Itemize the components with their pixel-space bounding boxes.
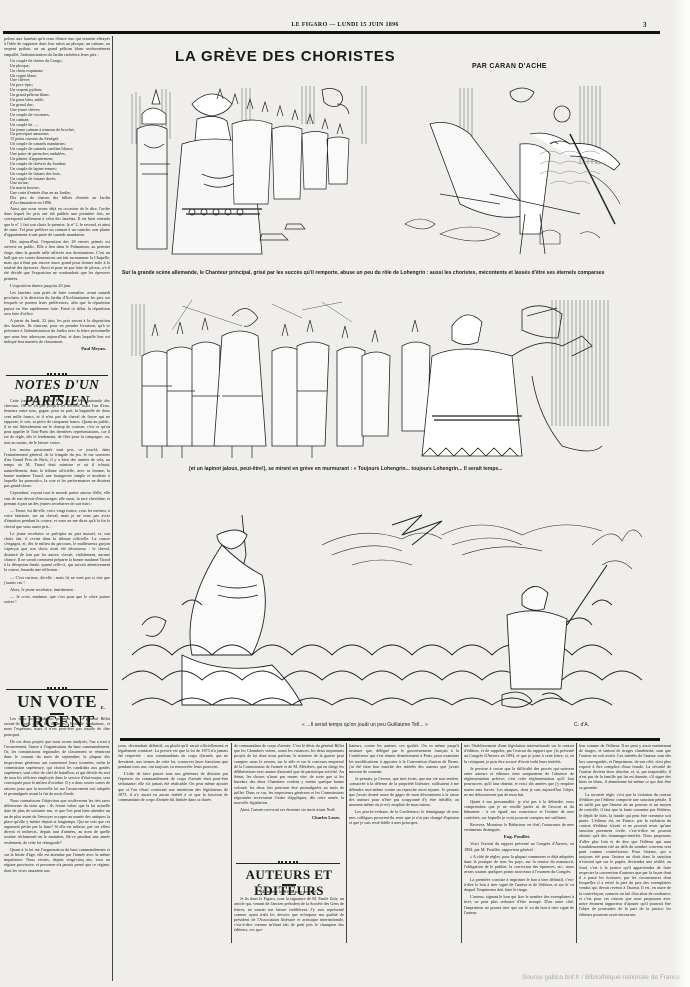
signature: Charles Leser. — [234, 815, 340, 820]
notes-article: Cette journée du Grand Prix est la fête … — [4, 398, 110, 608]
paragraph: Cette journée du Grand Prix est la fête … — [4, 398, 110, 445]
cartoon-title: LA GRÈVE DES CHORISTES — [175, 48, 395, 65]
paragraph: de commandant de corps d'armée. C'est le… — [234, 743, 344, 805]
source-credit: Source gallica.bnf.fr / Bibliothèque nat… — [522, 974, 680, 981]
cartoon-panel-choristers — [122, 84, 377, 264]
paragraph: Quant à la loi sur l'organisation du hau… — [4, 847, 110, 873]
paragraph: Ainsi que nous avons déjà eu occasion de… — [4, 206, 110, 237]
paragraph: L'exposition durera jusqu'au 20 juin. — [4, 283, 110, 288]
cartoon-panel-guillaume-tell — [122, 505, 642, 720]
intro-paragraph: pelons aux lauréats qu'à ceux d'entre eu… — [4, 36, 110, 57]
paragraph: L'idée de faire passer tous nos généraux… — [118, 771, 228, 802]
caption-2: (et un lapinot jaloux, peut-être!), se m… — [189, 466, 503, 472]
paragraph: La seconde règle, c'est que la violation… — [579, 792, 671, 917]
paragraph: — C'est curieux, dit-elle ; mais ils ne … — [4, 575, 110, 585]
title-dash — [282, 884, 296, 886]
paragraph: — Je crois, madame, que c'est pour que l… — [4, 594, 110, 604]
paragraph: — Tenez, lui dit-elle, voici vingt franc… — [4, 508, 110, 529]
paragraph: De ces deux projets que nous avons analy… — [4, 739, 110, 796]
paragraph: Les moins passionnés sont pris, ce jour-… — [4, 447, 110, 489]
column-divider — [576, 743, 577, 943]
paragraph: Recevez, Monsieur le Rédacteur en chef, … — [464, 822, 574, 832]
paragraph: Les procès-verbaux de la Conférence, le … — [349, 809, 459, 825]
paragraph: Alors, le jeune secrétaire, timidement : — [4, 587, 110, 592]
paragraph: A partir du lundi, 22 juin, les prix ser… — [4, 318, 110, 344]
paragraph: Je persiste à croire que la difficulté d… — [464, 766, 574, 797]
auteurs-article-col3: mis l'établissement d'une législation in… — [464, 743, 574, 943]
paragraph: Nous connaissons l'objection que soulève… — [4, 798, 110, 845]
signature: Paul Meyan. — [4, 346, 106, 351]
paragraph: Voici l'extrait du rapport présenté au C… — [464, 841, 574, 851]
caption-3: « ...Il serait temps qu'on jouât un peu … — [302, 722, 428, 728]
column-divider — [112, 36, 113, 981]
column-divider — [231, 743, 232, 943]
paragraph: Les deux projets de loi préparés par le … — [4, 716, 110, 737]
salutation: Monsieur le Rédacteur en chef, — [234, 889, 344, 894]
paragraph: Ainsi, l'armée recevrait ses étrennes si… — [234, 807, 344, 812]
auteurs-article: Monsieur le Rédacteur en chef, Je lis da… — [234, 887, 344, 943]
vote-article-continued: yeux, deviendrait définitif, ou plutôt q… — [118, 743, 228, 943]
newspaper-page: LE FIGARO — LUNDI 15 JUIN 1896 3 pelons … — [0, 0, 690, 987]
paragraph: L'auteur, signant le bon qui fixe le nom… — [464, 894, 574, 915]
paragraph: « A côté de règles, pour la plupart comm… — [464, 854, 574, 875]
title-dash — [50, 395, 64, 397]
bottom-section-rule — [120, 738, 660, 741]
column-divider — [461, 743, 462, 943]
paragraph: Cependant, voyant tout le monde parier a… — [4, 490, 110, 506]
paragraph: Dès aujourd'hui, l'exposition des 28 env… — [4, 239, 110, 281]
paragraph: liateurs, contre les auteurs, ces spolié… — [349, 743, 459, 774]
prize-item: Dix prix de chacun dix billets d'entrée … — [4, 196, 110, 206]
paragraph: Quant à ma personnalité, je n'ai pas à l… — [464, 799, 574, 820]
paragraph: Les lauréats sont priés de faire connaît… — [4, 290, 110, 316]
paragraph: mis l'établissement d'une législation in… — [464, 743, 574, 764]
left-column-article-1: pelons aux lauréats qu'à ceux d'entre eu… — [4, 36, 110, 373]
artist-signature: C. d'A. — [574, 722, 589, 728]
vote-article: Les deux projets de loi préparés par le … — [4, 716, 110, 956]
paragraph: yeux, deviendrait définitif, ou plutôt q… — [118, 743, 228, 769]
column-divider — [346, 743, 347, 943]
cartoon-panel-lohengrin-triumph — [400, 84, 625, 264]
running-head: LE FIGARO — LUNDI 15 JUIN 1896 — [0, 22, 690, 28]
signature: Eug. Pouillet. — [464, 834, 570, 839]
prize-list: Un couple de chiens du Congo; Un phoque;… — [4, 59, 110, 206]
cartoon-panel-strike — [122, 296, 637, 461]
paragraph: Le jeune secrétaire se précipita au pari… — [4, 531, 110, 573]
vote-article-end: de commandant de corps d'armée. C'est le… — [234, 743, 344, 843]
paragraph: Je pensais, je l'avoue, que mes écrits, … — [349, 776, 459, 807]
paragraph: leur comme de l'éditeur. Il ne peut y av… — [579, 743, 671, 790]
auteurs-article-col2: liateurs, contre les auteurs, ces spolié… — [349, 743, 459, 943]
paragraph: La première consiste à imprimer le bon à… — [464, 877, 574, 893]
title-dash — [50, 713, 64, 715]
caption-1: Sur la grande scène allemande, le Chante… — [122, 270, 604, 276]
auteurs-article-col4: leur comme de l'éditeur. Il ne peut y av… — [579, 743, 671, 943]
paragraph: Je lis dans le Figaro, sous la signature… — [234, 896, 344, 932]
cartoon-author: PAR CARAN D'ACHE — [472, 63, 547, 70]
page-number: 3 — [643, 21, 647, 29]
header-rule — [3, 31, 660, 34]
